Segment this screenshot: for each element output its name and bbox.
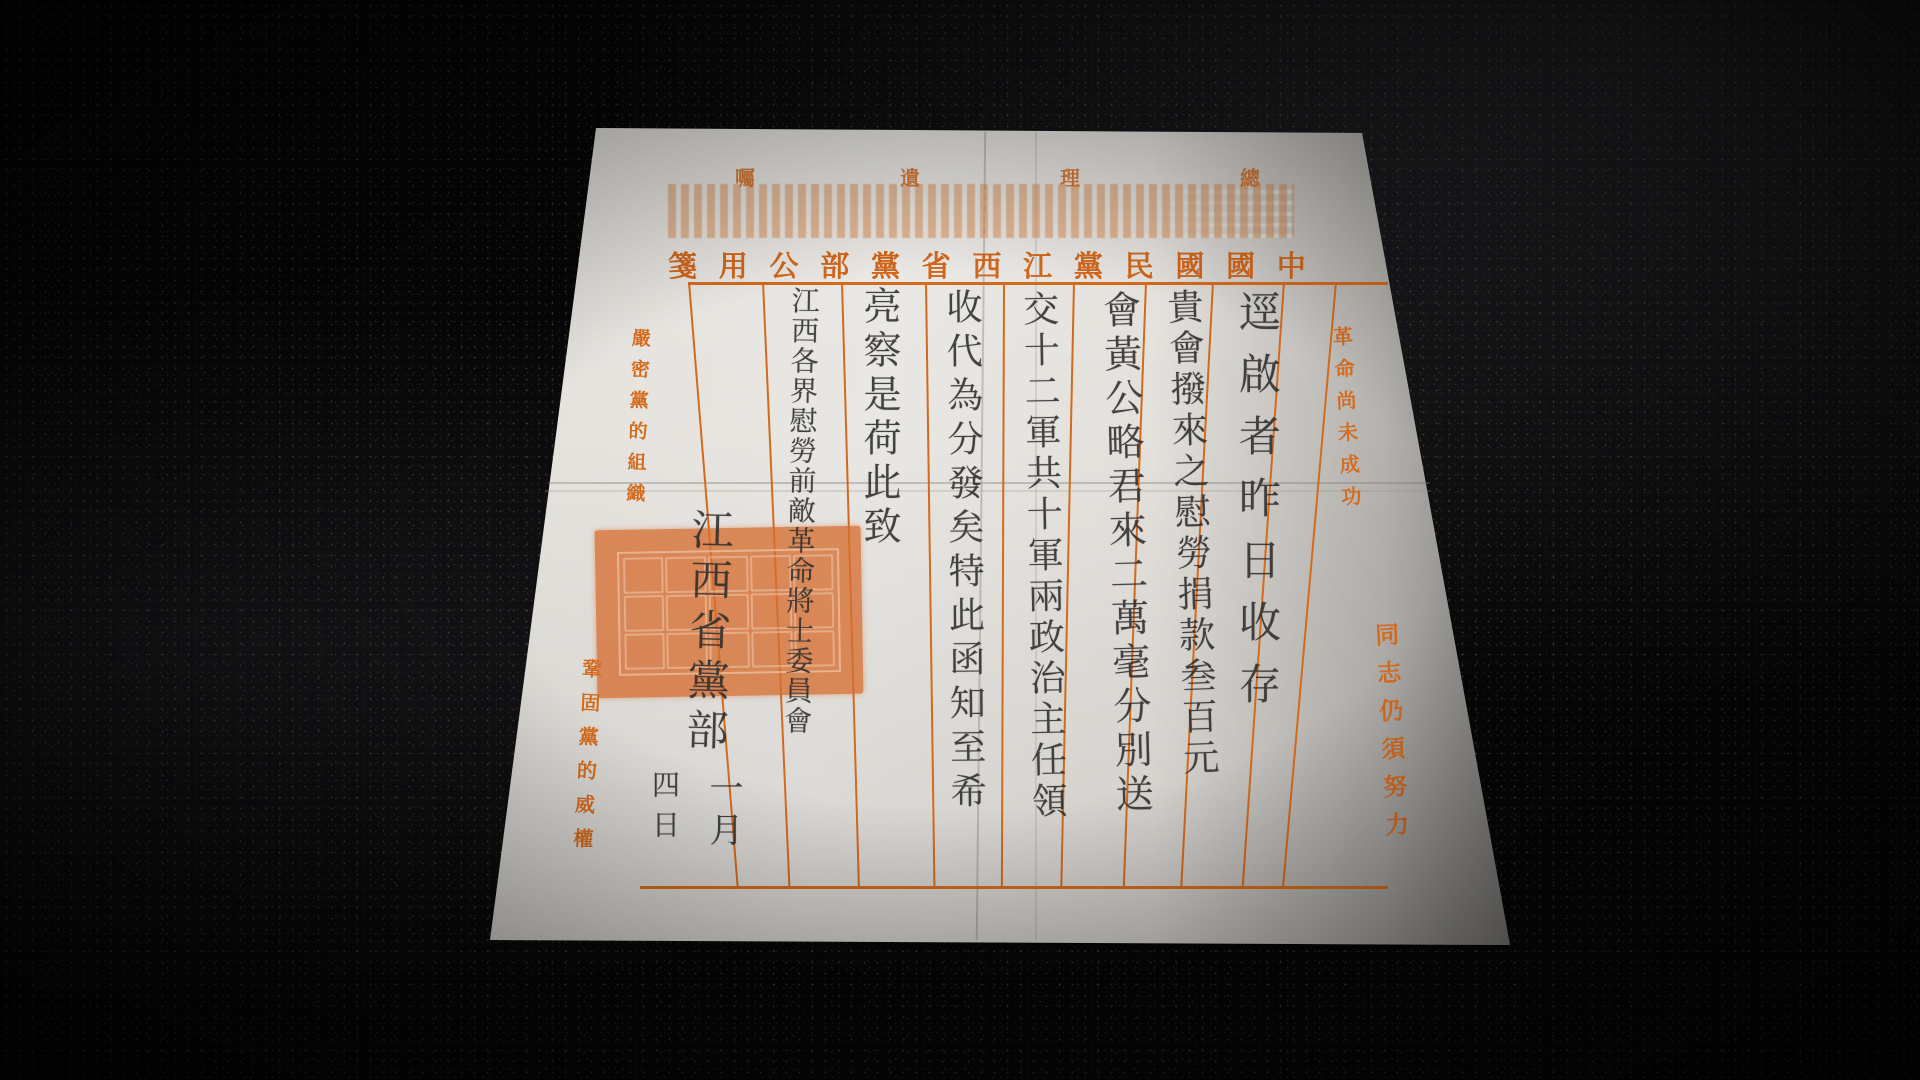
letterhead-title: 中 國 國 民 黨 江 西 省 黨 部 公 用 箋 (668, 244, 1308, 285)
title-char: 公 (769, 244, 800, 285)
title-char: 黨 (1074, 244, 1105, 285)
date-day: 四日 (650, 770, 678, 850)
grid-frame-bottom (640, 886, 1388, 889)
title-char: 用 (719, 244, 750, 285)
title-char: 黨 (871, 244, 902, 285)
title-char: 部 (820, 244, 851, 285)
photo-stage: 總 理 遺 囑 中 國 國 民 黨 江 西 省 黨 部 公 用 箋 革命尚未成功… (0, 0, 1920, 1080)
title-char: 西 (972, 244, 1003, 285)
will-text-block (668, 184, 1294, 238)
title-char: 國 (1226, 244, 1257, 285)
letter-column-5: 收代為分發矣特此函知至希 (943, 288, 984, 816)
signature: 江西省黨部 (683, 507, 732, 758)
title-char: 箋 (668, 244, 699, 285)
title-char: 民 (1125, 244, 1156, 285)
letter-column-7: 江西各界慰勞前敵革命將士委員會 (782, 286, 818, 736)
title-char: 中 (1277, 244, 1308, 285)
letter-column-6: 亮察是荷此致 (860, 286, 898, 550)
title-char: 國 (1175, 244, 1206, 285)
letter-column-1: 逕啟者昨日收存 (1236, 290, 1278, 724)
fold-crease-horizontal-2 (545, 490, 1431, 492)
letter-column-4: 交十二軍共十軍兩政治主任領 (1019, 290, 1064, 824)
date-month: 一月 (706, 770, 740, 854)
title-char: 省 (922, 244, 953, 285)
title-char: 江 (1023, 244, 1054, 285)
fold-crease-horizontal (548, 482, 1430, 484)
